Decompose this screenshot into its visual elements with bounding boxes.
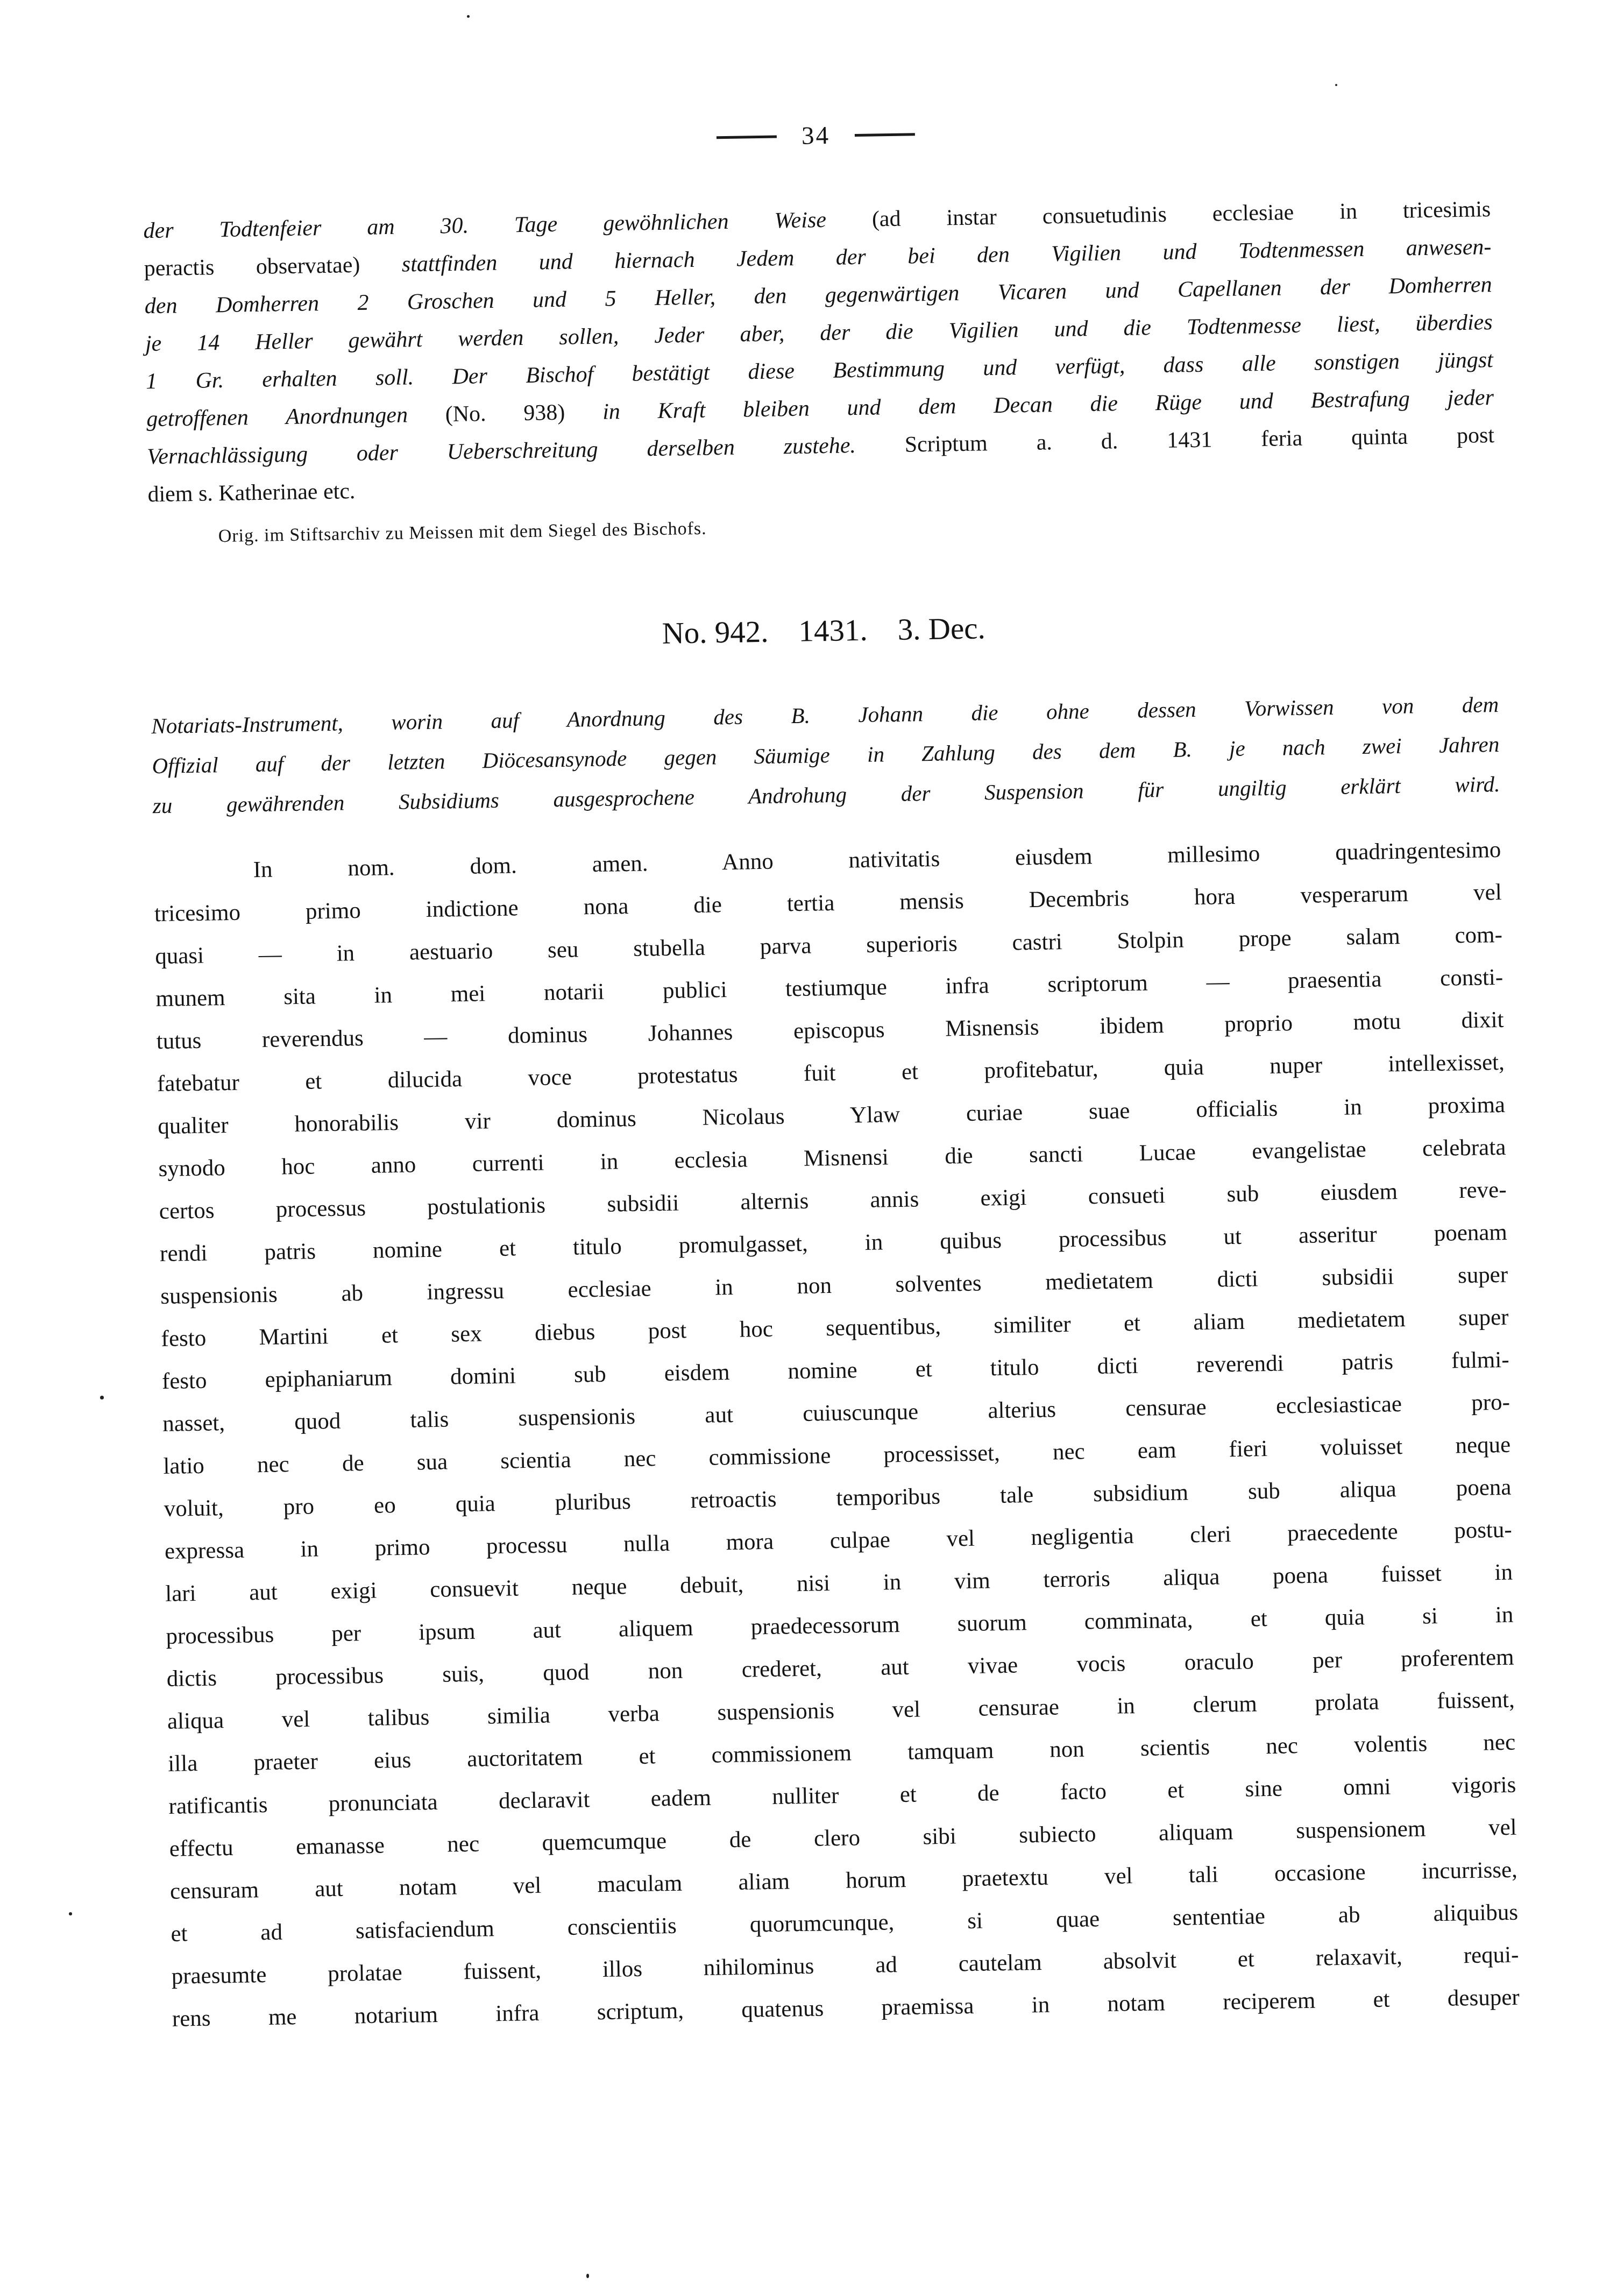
entry-heading: No. 942. 1431. 3. Dec. (150, 603, 1498, 659)
text-segment: getroffenen Anordnungen (146, 402, 445, 432)
regest-paragraph: Notariats-Instrument, worin auf Anordnun… (151, 684, 1500, 825)
scan-speck (69, 1912, 72, 1915)
text-segment: diem s. Katherinae etc. (147, 479, 356, 507)
source-note: Orig. im Stiftsarchiv zu Meissen mit dem… (218, 506, 1495, 547)
page-number: 34 (801, 121, 830, 151)
scan-speck (1335, 84, 1337, 86)
text-segment: peractis observatae) (144, 252, 402, 281)
entry-year: 1431. (798, 613, 868, 649)
page-number-row: 34 (142, 109, 1490, 162)
text-segment: (No. 938) (445, 400, 565, 427)
scan-speck (100, 1396, 104, 1399)
intro-paragraph: der Todtenfeier am 30. Tage gewöhnlichen… (143, 190, 1495, 513)
text-segment: Vernachlässigung oder Ueberschreitung de… (147, 433, 905, 470)
page-content: 34 der Todtenfeier am 30. Tage gewöhnlic… (142, 109, 1520, 2040)
scan-speck (586, 2274, 589, 2278)
text-segment: (ad instar consuetudinis ecclesiae in tr… (872, 197, 1491, 231)
page-number-rule-left (717, 135, 777, 139)
entry-number: No. 942. (662, 614, 769, 651)
scan-speck (467, 15, 470, 18)
entry-date: 3. Dec. (897, 611, 985, 647)
page-number-rule-right (855, 133, 915, 137)
text-segment: der Todtenfeier am 30. Tage gewöhnlichen… (143, 207, 872, 244)
body-paragraph: In nom. dom. amen. Anno nativitatis eius… (153, 829, 1520, 2040)
text-segment: Scriptum a. d. 1431 feria quinta post (904, 423, 1494, 457)
